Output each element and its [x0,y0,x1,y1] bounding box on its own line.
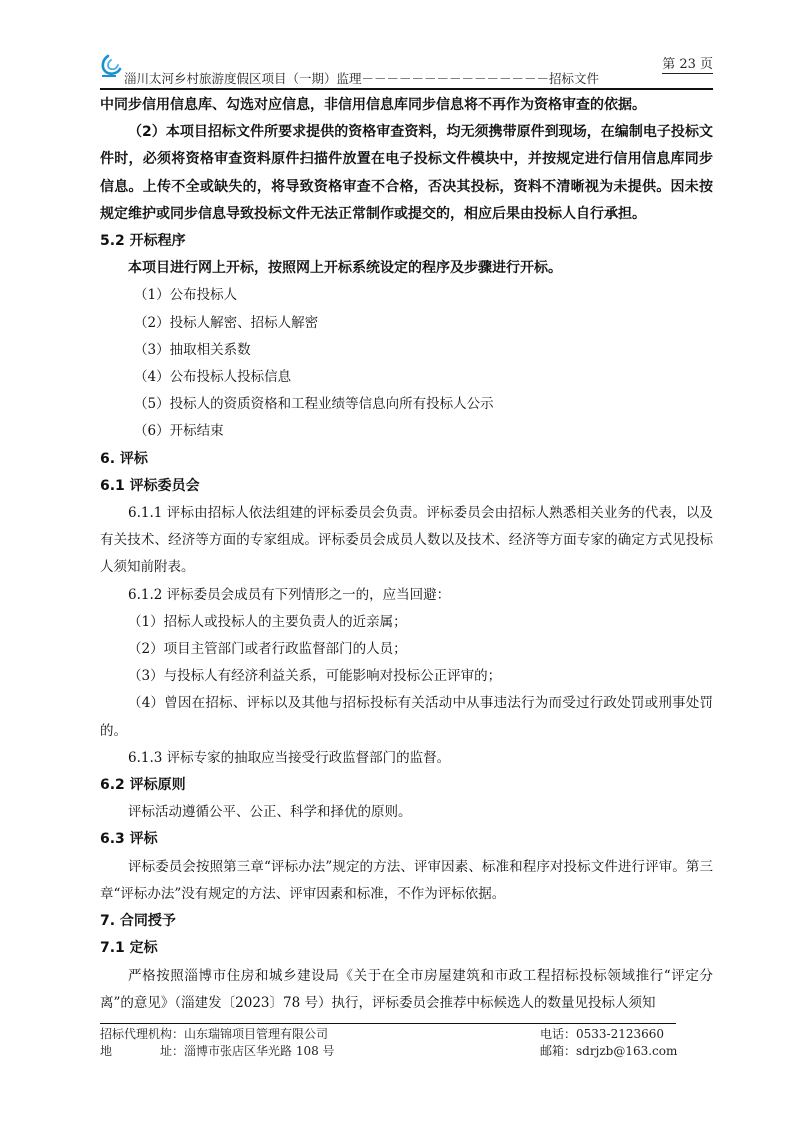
agency-value: 山东瑞锦项目管理有限公司 [184,1027,328,1041]
section-6-heading: 6. 评标 [100,446,713,473]
document-page: 淄川太河乡村旅游度假区项目（一期）监理－－－－－－－－－－－－－－－招标文件 第… [0,0,793,1122]
section-6-3-heading: 6.3 评标 [100,826,713,853]
header-divider [100,88,713,90]
list-item: （4）曾因在招标、评标以及其他与招标投标有关活动中从事违法行为而受过行政处罚或刑… [100,690,713,744]
paragraph-qualification-docs: （2）本项目招标文件所要求提供的资格审查资料，均无须携带原件到现场，在编制电子投… [100,119,713,228]
list-item: （1）公布投标人 [100,282,713,309]
paragraph-continuation: 中同步信用信息库、勾选对应信息，非信用信息库同步信息将不再作为资格审查的依据。 [100,92,713,119]
section-7-1-heading: 7.1 定标 [100,935,713,962]
company-logo-swoosh-icon [100,54,122,78]
phone-label: 电话： [540,1027,576,1041]
page-number: 第 23 页 [662,53,713,74]
clause-6-1-3: 6.1.3 评标专家的抽取应当接受行政监督部门的监督。 [100,745,713,772]
page-header: 淄川太河乡村旅游度假区项目（一期）监理－－－－－－－－－－－－－－－招标文件 第… [100,50,713,88]
clause-6-1-1: 6.1.1 评标由招标人依法组建的评标委员会负责。评标委员会由招标人熟悉相关业务… [100,500,713,582]
section-6-3-text: 评标委员会按照第三章“评标办法”规定的方法、评审因素、标准和程序对投标文件进行评… [100,854,713,908]
list-item: （2）投标人解密、招标人解密 [100,310,713,337]
phone-value: 0533-2123660 [576,1027,664,1041]
list-item: （6）开标结束 [100,418,713,445]
section-5-2-intro: 本项目进行网上开标，按照网上开标系统设定的程序及步骤进行开标。 [100,255,713,282]
address-label-part2: 址： [160,1043,184,1060]
section-6-1-heading: 6.1 评标委员会 [100,473,713,500]
list-item: （4）公布投标人投标信息 [100,364,713,391]
address-value: 淄博市张店区华光路 108 号 [184,1044,335,1058]
footer-divider [100,1023,676,1024]
list-item: （2）项目主管部门或者行政监督部门的人员； [100,636,713,663]
section-6-2-text: 评标活动遵循公平、公正、科学和择优的原则。 [100,799,713,826]
section-5-2-heading: 5.2 开标程序 [100,228,713,255]
list-item: （3）抽取相关系数 [100,337,713,364]
document-title: 淄川太河乡村旅游度假区项目（一期）监理－－－－－－－－－－－－－－－招标文件 [124,69,599,87]
section-6-2-heading: 6.2 评标原则 [100,772,713,799]
email-value[interactable]: sdrjzb@163.com [576,1044,677,1058]
page-footer: 招标代理机构：山东瑞锦项目管理有限公司 电话：0533-2123660 地址：淄… [100,1026,660,1060]
section-7-1-text: 严格按照淄博市住房和城乡建设局《关于在全市房屋建筑和市政工程招标投标领域推行“评… [100,963,713,1017]
agency-label: 招标代理机构： [100,1027,184,1041]
footer-row-agency: 招标代理机构：山东瑞锦项目管理有限公司 电话：0533-2123660 [100,1026,660,1043]
list-item: （5）投标人的资质资格和工程业绩等信息向所有投标人公示 [100,391,713,418]
email-label: 邮箱： [540,1044,576,1058]
list-item: （1）招标人或投标人的主要负责人的近亲属； [100,609,713,636]
footer-row-address: 地址：淄博市张店区华光路 108 号 邮箱：sdrjzb@163.com [100,1043,660,1060]
address-label-part1: 地 [100,1044,112,1058]
clause-6-1-2: 6.1.2 评标委员会成员有下列情形之一的，应当回避： [100,582,713,609]
section-7-heading: 7. 合同授予 [100,908,713,935]
list-item: （3）与投标人有经济利益关系，可能影响对投标公正评审的； [100,663,713,690]
document-body: 中同步信用信息库、勾选对应信息，非信用信息库同步信息将不再作为资格审查的依据。 … [100,92,713,1017]
